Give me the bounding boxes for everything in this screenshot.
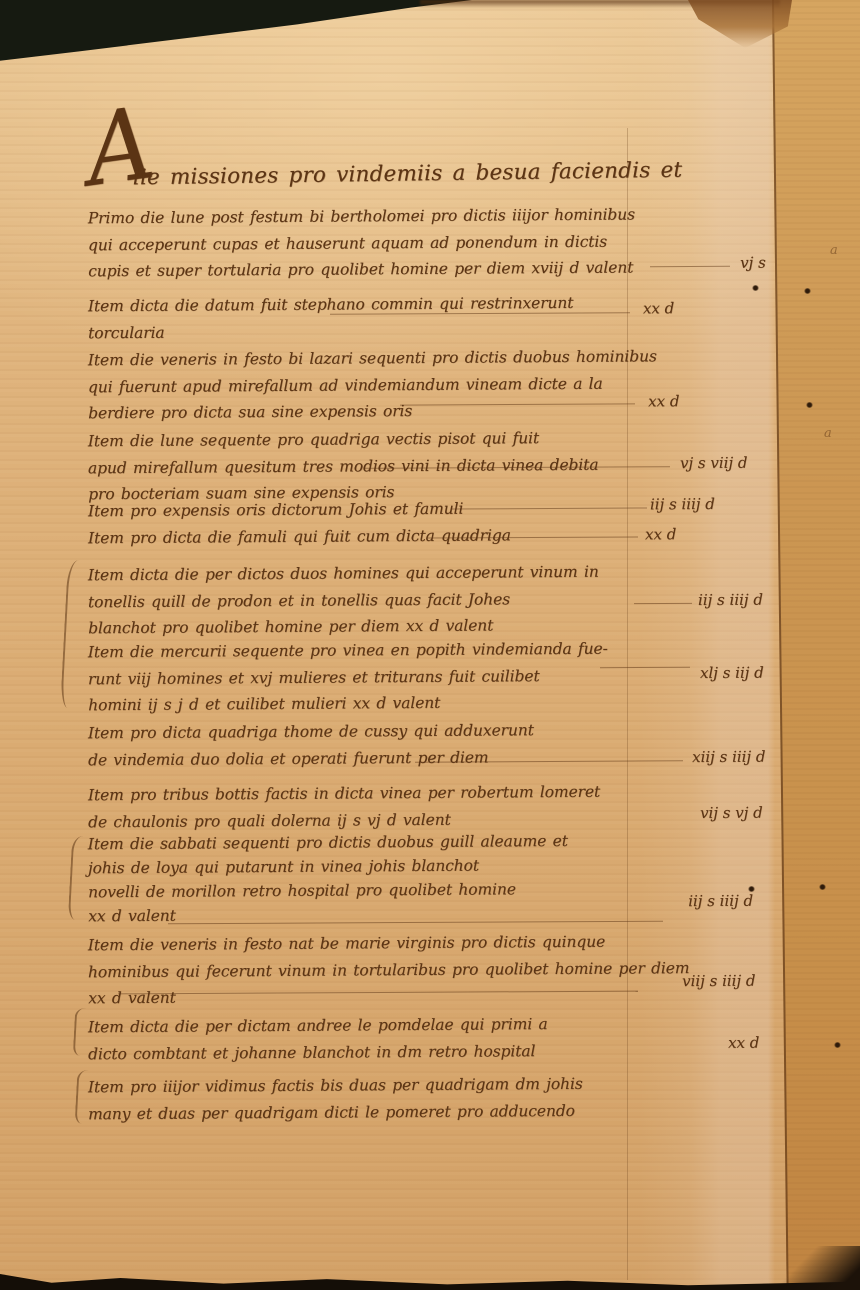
marginal-bracket-flourish	[73, 1008, 93, 1057]
ledger-entry: Item die mercurii sequente pro vinea en …	[88, 635, 739, 719]
ledger-entry: Item dicta die per dictos duos homines q…	[88, 558, 739, 642]
entry-amount: xx d	[728, 1034, 759, 1052]
entry-amount: vj s viij d	[680, 454, 748, 472]
entry-text: Item pro tribus bottis factis in dicta v…	[88, 778, 708, 835]
entry-text: Item pro dicta quadriga thome de cussy q…	[88, 716, 708, 773]
ledger-entry: Item die sabbati sequenti pro dictis duo…	[88, 828, 739, 929]
marginal-bracket-flourish	[75, 1070, 96, 1125]
entry-text: Item die sabbati sequenti pro dictis duo…	[88, 828, 709, 928]
entry-text: Item pro expensis oris dictorum Johis et…	[88, 494, 708, 525]
entry-amount: iij s iiij d	[650, 495, 715, 513]
entry-text: Item die veneris in festo nat be marie v…	[88, 928, 709, 1012]
ledger-entry: Item die veneris in festo bi lazari sequ…	[88, 343, 739, 427]
ledger-entry: Item die veneris in festo nat be marie v…	[88, 928, 739, 1012]
entry-amount: vj s	[740, 254, 766, 272]
entry-amount: viij s iiij d	[682, 972, 755, 991]
margin-mark: a	[824, 426, 832, 441]
entry-text: Item die veneris in festo bi lazari sequ…	[88, 343, 709, 427]
ledger-entry: Item pro expensis oris dictorum Johis et…	[88, 494, 738, 525]
entry-amount: xlj s iij d	[700, 664, 764, 682]
entry-amount: xiij s iiij d	[692, 748, 765, 767]
ledger-entry: Item dicta die datum fuit stephano commi…	[88, 289, 738, 347]
margin-mark: a	[830, 243, 838, 258]
entry-text: Item dicta die datum fuit stephano commi…	[88, 289, 708, 346]
entry-amount: xx d	[643, 299, 674, 317]
entry-amount: iij s iiij d	[688, 892, 753, 910]
entry-amount: xx d	[648, 392, 679, 410]
marginal-bracket-flourish	[68, 836, 90, 921]
ledger-entry: Item pro dicta quadriga thome de cussy q…	[88, 716, 738, 774]
entry-text: Primo die lune post festum bi bertholome…	[88, 201, 709, 285]
entry-amount: iij s iiij d	[698, 591, 763, 609]
manuscript-photo: A lie missiones pro vindemiis a besua fa…	[0, 0, 860, 1290]
entry-amount: vij s vj d	[700, 804, 763, 822]
entry-text: Item dicta die per dictam andree le pomd…	[88, 1010, 708, 1067]
entry-amount: xx d	[645, 525, 676, 543]
ledger-entry: Item pro iiijor vidimus factis bis duas …	[88, 1070, 738, 1128]
ledger-entry: Item pro tribus bottis factis in dicta v…	[88, 778, 738, 836]
handwritten-text-layer: A lie missiones pro vindemiis a besua fa…	[0, 0, 860, 1290]
entry-text: Item die mercurii sequente pro vinea en …	[88, 635, 709, 719]
entry-text: Item dicta die per dictos duos homines q…	[88, 558, 709, 642]
entry-text: Item pro iiijor vidimus factis bis duas …	[88, 1070, 708, 1127]
ledger-entry: Item pro dicta die famuli qui fuit cum d…	[88, 521, 738, 552]
ledger-entry: Primo die lune post festum bi bertholome…	[88, 201, 739, 285]
ledger-entry: Item dicta die per dictam andree le pomd…	[88, 1010, 738, 1068]
heading-text: lie missiones pro vindemiis a besua faci…	[133, 158, 683, 191]
marginal-bracket-flourish	[60, 560, 86, 709]
